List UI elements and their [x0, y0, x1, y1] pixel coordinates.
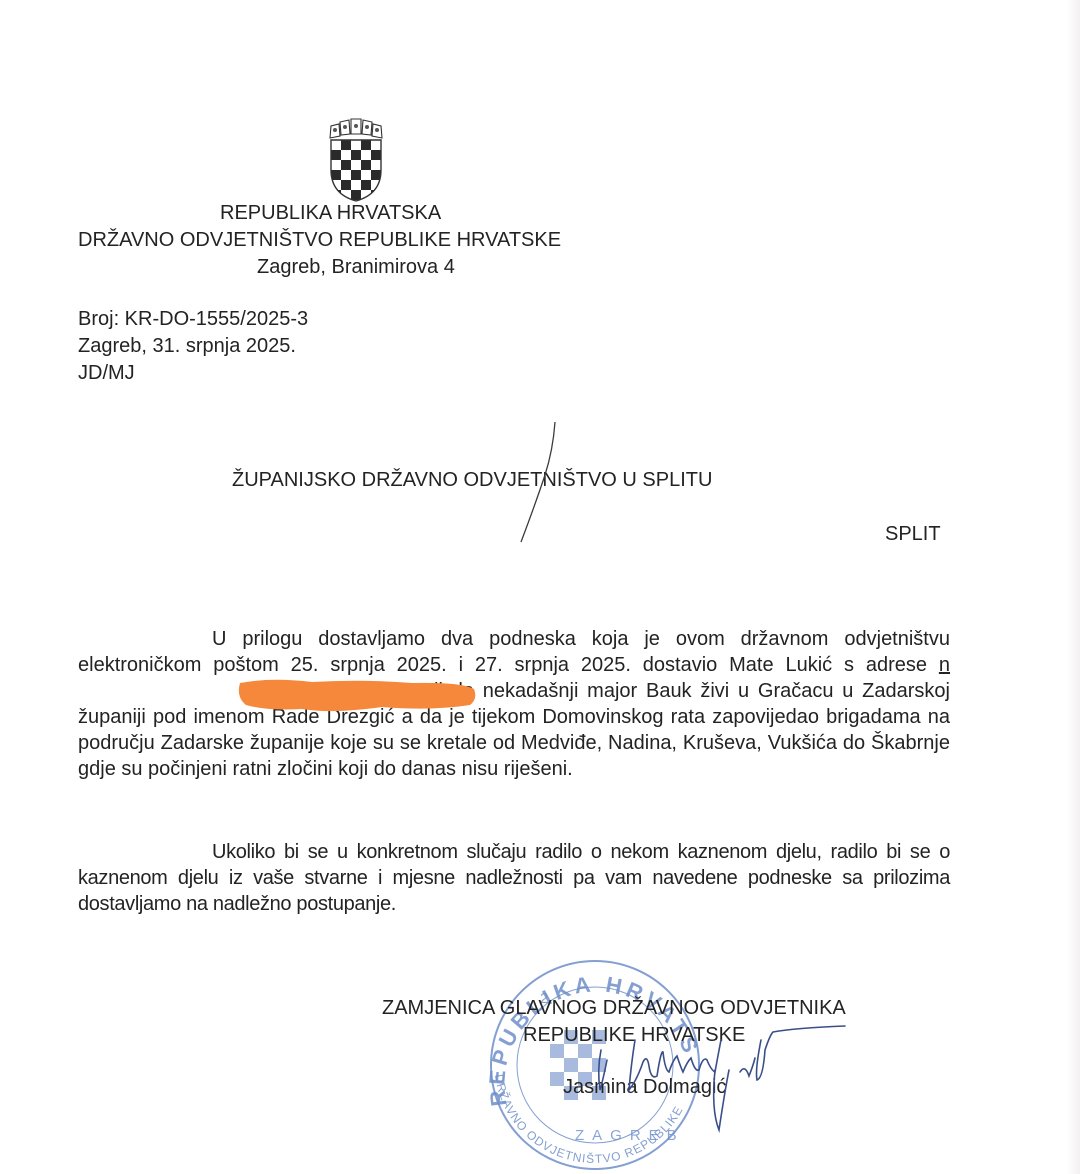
paragraph-1-part-2: u kojem navodi da nekadašnji major Bauk … — [78, 680, 950, 780]
signatory-title-2: REPUBLIKE HRVATSKE — [523, 1022, 745, 1048]
stamp-bottom-text: DRŽAVNO ODVJETNIŠTVO REPUBLIKE HRVATSKE — [455, 955, 688, 1166]
page-edge-shadow — [1066, 0, 1080, 1174]
place-date: Zagreb, 31. srpnja 2025. — [78, 333, 296, 359]
svg-text:DRŽAVNO ODVJETNIŠTVO REPUBLIKE: DRŽAVNO ODVJETNIŠTVO REPUBLIKE HRVATSKE — [455, 955, 688, 1166]
signatory-title-1: ZAMJENICA GLAVNOG DRŽAVNOG ODVJETNIKA — [382, 995, 846, 1021]
initials: JD/MJ — [78, 360, 135, 386]
header-institution: DRŽAVNO ODVJETNIŠTVO REPUBLIKE HRVATSKE — [78, 227, 561, 253]
body-paragraph-1: U prilogu dostavljamo dva podneska koja … — [78, 626, 950, 782]
paragraph-1-part-1: U prilogu dostavljamo dva podneska koja … — [78, 628, 950, 676]
header-address: Zagreb, Branimirova 4 — [257, 254, 455, 280]
redacted-email-fragment: n — [939, 654, 950, 676]
recipient-name: ŽUPANIJSKO DRŽAVNO ODVJETNIŠTVO U SPLITU — [232, 467, 712, 493]
header-country: REPUBLIKA HRVATSKA — [220, 200, 441, 226]
official-stamp: REPUBLIKA HRVATSKA DRŽAVNO ODVJETNIŠTVO … — [455, 955, 740, 1174]
croatian-coat-of-arms-icon — [326, 118, 386, 202]
reference-number: Broj: KR-DO-1555/2025-3 — [78, 306, 308, 332]
paragraph-2-text: Ukoliko bi se u konkretnom slučaju radil… — [78, 841, 950, 915]
recipient-city: SPLIT — [885, 521, 941, 547]
stamp-city: ZAGREB — [575, 1127, 685, 1144]
body-paragraph-2: Ukoliko bi se u konkretnom slučaju radil… — [78, 839, 950, 917]
signatory-name: Jasmina Dolmagić — [563, 1074, 726, 1100]
